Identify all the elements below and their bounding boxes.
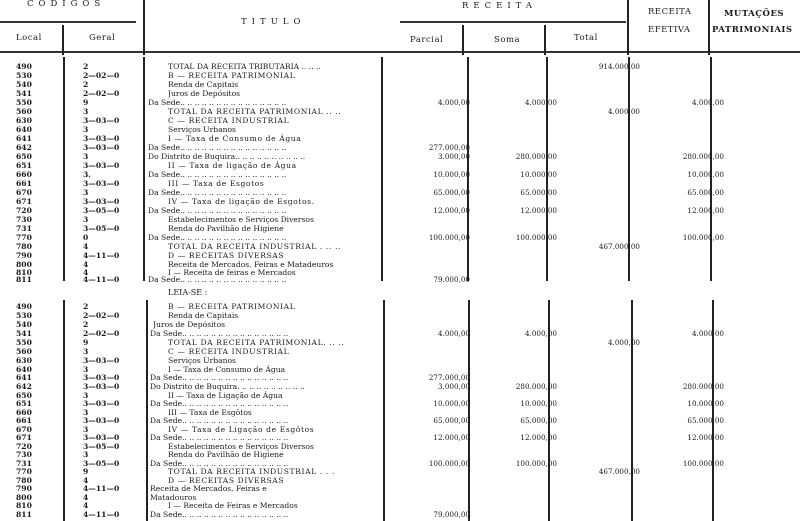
geral-code: 2—02—0 xyxy=(83,89,143,98)
titulo: Da Sede.. .. .. .. .. .. .. .. .. .. .. … xyxy=(150,373,390,382)
header-receita-efetiva-line1: RECEITA xyxy=(648,7,692,17)
soma-value: 65.000,00 xyxy=(480,188,557,197)
titulo: Da Sede.. .. .. .. .. .. .. .. .. .. .. … xyxy=(148,98,388,107)
total-value: 467.000,00 xyxy=(560,242,640,251)
geral-code: 3 xyxy=(83,347,143,356)
titulo: Renda de Capitais xyxy=(168,311,408,320)
titulo: B — RECEITA PATRIMONIAL xyxy=(168,302,408,311)
geral-code: 4—11—0 xyxy=(83,510,143,519)
titulo: Da Sede.. .. .. .. .. .. .. .. .. .. .. … xyxy=(150,510,390,519)
parcial-value: 3.000,00 xyxy=(400,382,470,391)
local-code: 810 xyxy=(16,501,56,510)
local-code: 642 xyxy=(16,382,56,391)
geral-code: 9 xyxy=(83,467,143,476)
local-code: 790 xyxy=(16,484,56,493)
total-value: 4.000,00 xyxy=(560,338,640,347)
divider xyxy=(400,21,626,23)
table-row: 671 3—03—0 Da Sede.. .. .. .. .. .. .. .… xyxy=(0,433,800,442)
total-value: 467.000,00 xyxy=(560,467,640,476)
geral-code: 3 xyxy=(83,188,143,197)
divider xyxy=(62,25,64,55)
table-row: 490 2 TOTAL DA RECEITA TRIBUTARIA .. .. … xyxy=(0,62,800,71)
geral-code: 3—03—0 xyxy=(83,382,143,391)
parcial-value: 79.000,00 xyxy=(400,510,470,519)
geral-code: 9 xyxy=(83,98,143,107)
local-code: 640 xyxy=(16,125,56,134)
geral-code: 2 xyxy=(83,80,143,89)
local-code: 550 xyxy=(16,98,56,107)
header-local: Local xyxy=(16,33,42,43)
titulo: Da Sede.. .. .. .. .. .. .. .. .. .. .. … xyxy=(148,188,388,197)
geral-code: 3 xyxy=(83,107,143,116)
local-code: 642 xyxy=(16,143,56,152)
table-row: 630 3—03—0 Serviços Urbanos xyxy=(0,356,800,365)
geral-code: 4—11—0 xyxy=(83,275,143,284)
parcial-value: 12.000,00 xyxy=(400,433,470,442)
parcial-value: 277.000,00 xyxy=(400,373,470,382)
titulo: Da Sede.. .. .. .. .. .. .. .. .. .. .. … xyxy=(148,233,388,242)
table-row: 640 3 Serviços Urbanos xyxy=(0,125,800,134)
local-code: 671 xyxy=(16,433,56,442)
table-row: 661 3—03—0 III — Taxa de Esgotos xyxy=(0,179,800,188)
titulo: Renda do Pavilhão de Higiene xyxy=(168,224,408,233)
titulo: Juros de Depósitos xyxy=(153,320,393,329)
local-code: 560 xyxy=(16,107,56,116)
titulo: D — RECEITAS DIVERSAS xyxy=(168,251,408,260)
local-code: 811 xyxy=(16,510,56,519)
local-code: 730 xyxy=(16,450,56,459)
geral-code: 3. xyxy=(83,170,143,179)
geral-code: 2 xyxy=(83,62,143,71)
header-soma: Soma xyxy=(494,35,520,45)
titulo: Da Sede.. .. .. .. .. .. .. .. .. .. .. … xyxy=(148,170,388,179)
local-code: 630 xyxy=(16,116,56,125)
geral-code: 3—03—0 xyxy=(83,356,143,365)
table-row: 630 3—03—0 C — RECEITA INDUSTRIAL xyxy=(0,116,800,125)
local-code: 540 xyxy=(16,80,56,89)
divider xyxy=(0,21,136,23)
table-row: 490 2 B — RECEITA PATRIMONIAL xyxy=(0,302,800,311)
table-row: 541 2—02—0 Da Sede.. .. .. .. .. .. .. .… xyxy=(0,329,800,338)
titulo: TOTAL DA RECEITA PATRIMONIAL .. .. xyxy=(168,107,408,116)
local-code: 530 xyxy=(16,311,56,320)
table-row: 641 3—03—0 Da Sede.. .. .. .. .. .. .. .… xyxy=(0,373,800,382)
soma-value: 280.000,00 xyxy=(480,382,557,391)
soma-value: 12.000,00 xyxy=(480,206,557,215)
local-code: 490 xyxy=(16,302,56,311)
geral-code: 3—03—0 xyxy=(83,161,143,170)
local-code: 670 xyxy=(16,188,56,197)
geral-code: 3 xyxy=(83,152,143,161)
divider xyxy=(544,25,546,55)
geral-code: 9 xyxy=(83,338,143,347)
titulo: Da Sede.. .. .. .. .. .. .. .. .. .. .. … xyxy=(148,206,388,215)
total-value: 4.000,00 xyxy=(560,107,640,116)
geral-code: 0 xyxy=(83,233,143,242)
local-code: 550 xyxy=(16,338,56,347)
titulo: Do Distrito de Buquira. .. .. .. .. .. .… xyxy=(150,382,390,391)
table-row: 550 9 TOTAL DA RECEITA PATRIMONIAL. .. .… xyxy=(0,338,800,347)
header-mutacoes-line2: PATRIMONIAIS xyxy=(712,25,793,35)
table-row: 641 3—03—0 I — Taxa de Consumo de Água xyxy=(0,134,800,143)
local-code: 540 xyxy=(16,320,56,329)
divider xyxy=(143,0,145,55)
titulo: II — Taxa de ligação de Água xyxy=(168,161,408,170)
table-row: 651 3—03—0 II — Taxa de ligação de Água xyxy=(0,161,800,170)
titulo: Receita de Mercados, Feiras e xyxy=(150,484,390,493)
table-row: 731 3—05—0 Renda do Pavilhão de Higiene xyxy=(0,224,800,233)
titulo: Da Sede.. .. .. .. .. .. .. .. .. .. .. … xyxy=(148,143,388,152)
parcial-value: 100.000,00 xyxy=(400,233,470,242)
table-row: 541 2—02—0 Juros de Depósitos xyxy=(0,89,800,98)
table-row: 650 3 Do Distrito de Buquira.. .. .. .. … xyxy=(0,152,800,161)
parcial-value: 277.000,00 xyxy=(400,143,470,152)
titulo: Da Sede.. .. .. .. .. .. .. .. .. .. .. … xyxy=(148,275,388,284)
local-code: 770 xyxy=(16,233,56,242)
local-code: 661 xyxy=(16,416,56,425)
titulo: Da Sede.. .. .. .. .. .. .. .. .. .. .. … xyxy=(150,399,390,408)
header-receita: RECEITA xyxy=(462,1,537,11)
table-row: 530 2—02—0 Renda de Capitais xyxy=(0,311,800,320)
parcial-value: 10.000,00 xyxy=(400,170,470,179)
geral-code: 4 xyxy=(83,242,143,251)
efetiva-value: 4.000,00 xyxy=(640,329,724,338)
geral-code: 3—03—0 xyxy=(83,197,143,206)
geral-code: 2 xyxy=(83,320,143,329)
local-code: 731 xyxy=(16,224,56,233)
table-row: 790 4—11—0 D — RECEITAS DIVERSAS xyxy=(0,251,800,260)
titulo: TOTAL DA RECEITA TRIBUTARIA .. .. .. xyxy=(168,62,408,71)
geral-code: 3 xyxy=(83,450,143,459)
local-code: 641 xyxy=(16,134,56,143)
geral-code: 3—03—0 xyxy=(83,134,143,143)
geral-code: 3—03—0 xyxy=(83,399,143,408)
titulo: TOTAL DA RECEITA INDUSTRIAL . .. .. xyxy=(168,242,408,251)
local-code: 770 xyxy=(16,467,56,476)
titulo: Renda de Capitais xyxy=(168,80,408,89)
header-parcial: Parcial xyxy=(410,35,443,45)
titulo: B — RECEITA PATRIMONIAL xyxy=(168,71,408,80)
parcial-value: 10.000,00 xyxy=(400,399,470,408)
local-code: 780 xyxy=(16,242,56,251)
geral-code: 2—02—0 xyxy=(83,329,143,338)
soma-value: 280.000,00 xyxy=(480,152,557,161)
efetiva-value: 10.000,00 xyxy=(640,399,724,408)
efetiva-value: 280.000,00 xyxy=(640,152,724,161)
table-row: 811 4—11—0 Da Sede.. .. .. .. .. .. .. .… xyxy=(0,510,800,519)
table-row: 790 4—11—0 Receita de Mercados, Feiras e xyxy=(0,484,800,493)
table-row: 560 3 C — RECEITA INDUSTRIAL xyxy=(0,347,800,356)
geral-code: 4—11—0 xyxy=(83,484,143,493)
titulo: Da Sede.. .. .. .. .. .. .. .. .. .. .. … xyxy=(150,416,390,425)
table-row: 642 3—03—0 Do Distrito de Buquira. .. ..… xyxy=(0,382,800,391)
titulo: Da Sede.. .. .. .. .. .. .. .. .. .. .. … xyxy=(150,433,390,442)
efetiva-value: 65.000,00 xyxy=(640,416,724,425)
local-code: 660 xyxy=(16,170,56,179)
geral-code: 3—05—0 xyxy=(83,206,143,215)
header-mutacoes-line1: MUTAÇÕES xyxy=(724,9,784,19)
titulo: TOTAL DA RECEITA INDUSTRIAL . . . xyxy=(168,467,408,476)
soma-value: 65.000,00 xyxy=(480,416,557,425)
total-value: 914.000,00 xyxy=(560,62,640,71)
local-code: 650 xyxy=(16,152,56,161)
local-code: 661 xyxy=(16,179,56,188)
leia-se-heading: LEIA-SE : xyxy=(168,288,207,297)
table-row: 642 3—03—0 Da Sede.. .. .. .. .. .. .. .… xyxy=(0,143,800,152)
local-code: 541 xyxy=(16,89,56,98)
soma-value: 10.000,00 xyxy=(480,399,557,408)
table-row: 540 2 Renda de Capitais xyxy=(0,80,800,89)
titulo: C — RECEITA INDUSTRIAL xyxy=(168,347,408,356)
titulo: I — Taxa de Consumo de Água xyxy=(168,134,408,143)
table-row: 550 9 Da Sede.. .. .. .. .. .. .. .. .. … xyxy=(0,98,800,107)
titulo: Do Distrito de Buquira.. .. .. .. .. .. … xyxy=(148,152,388,161)
table-row: 730 3 Estabelecimentos e Serviços Divers… xyxy=(0,215,800,224)
soma-value: 100.000,00 xyxy=(480,233,557,242)
divider xyxy=(462,25,464,55)
titulo: Estabelecimentos e Serviços Diversos xyxy=(168,215,408,224)
efetiva-value: 12.000,00 xyxy=(640,206,724,215)
table-row: 810 4 I — Receita de Feiras e Mercados xyxy=(0,501,800,510)
local-code: 811 xyxy=(16,275,56,284)
geral-code: 3—03—0 xyxy=(83,373,143,382)
table-row: 770 9 TOTAL DA RECEITA INDUSTRIAL . . . … xyxy=(0,467,800,476)
geral-code: 3—03—0 xyxy=(83,116,143,125)
geral-code: 3—03—0 xyxy=(83,433,143,442)
titulo: Serviços Urbanos xyxy=(168,125,408,134)
divider xyxy=(627,0,629,55)
geral-code: 3—03—0 xyxy=(83,143,143,152)
header-total: Total xyxy=(574,33,598,43)
table-row: 560 3 TOTAL DA RECEITA PATRIMONIAL .. ..… xyxy=(0,107,800,116)
table-row: 530 2—02—0 B — RECEITA PATRIMONIAL xyxy=(0,71,800,80)
geral-code: 4 xyxy=(83,501,143,510)
parcial-value: 4.000,00 xyxy=(400,329,470,338)
local-code: 641 xyxy=(16,373,56,382)
geral-code: 3 xyxy=(83,125,143,134)
local-code: 651 xyxy=(16,161,56,170)
parcial-value: 65.000,00 xyxy=(400,416,470,425)
local-code: 630 xyxy=(16,356,56,365)
soma-value: 4.000,00 xyxy=(480,329,557,338)
titulo: Juros de Depósitos xyxy=(168,89,408,98)
geral-code: 3—05—0 xyxy=(83,224,143,233)
table-row: 540 2 Juros de Depósitos xyxy=(0,320,800,329)
soma-value: 12.000,00 xyxy=(480,433,557,442)
table-row: 730 3 Renda do Pavilhão de Higiene xyxy=(0,450,800,459)
parcial-value: 3.000,00 xyxy=(400,152,470,161)
efetiva-value: 4.000,00 xyxy=(640,98,724,107)
local-code: 651 xyxy=(16,399,56,408)
divider xyxy=(708,0,710,55)
titulo: TOTAL DA RECEITA PATRIMONIAL. .. .. xyxy=(168,338,408,347)
titulo: I — Receita de Feiras e Mercados xyxy=(168,501,408,510)
titulo: IV — Taxa de ligação de Esgotos. xyxy=(168,197,408,206)
parcial-value: 65.000,00 xyxy=(400,188,470,197)
titulo: Da Sede.. .. .. .. .. .. .. .. .. .. .. … xyxy=(150,329,390,338)
efetiva-value: 65.000,00 xyxy=(640,188,724,197)
geral-code: 4—11—0 xyxy=(83,251,143,260)
local-code: 541 xyxy=(16,329,56,338)
titulo: Serviços Urbanos xyxy=(168,356,408,365)
table-row: 811 4—11—0 Da Sede.. .. .. .. .. .. .. .… xyxy=(0,275,800,284)
table-row: 670 3 Da Sede.. .. .. .. .. .. .. .. .. … xyxy=(0,188,800,197)
titulo: Renda do Pavilhão de Higiene xyxy=(168,450,408,459)
geral-code: 2 xyxy=(83,302,143,311)
soma-value: 4.000,00 xyxy=(480,98,557,107)
parcial-value: 79.000,00 xyxy=(400,275,470,284)
geral-code: 3—03—0 xyxy=(83,416,143,425)
efetiva-value: 12.000,00 xyxy=(640,433,724,442)
local-code: 720 xyxy=(16,206,56,215)
divider xyxy=(0,51,800,53)
parcial-value: 12.000,00 xyxy=(400,206,470,215)
table-row: 651 3—03—0 Da Sede.. .. .. .. .. .. .. .… xyxy=(0,399,800,408)
geral-code: 2—02—0 xyxy=(83,311,143,320)
header-receita-efetiva-line2: EFETIVA xyxy=(648,25,691,35)
local-code: 730 xyxy=(16,215,56,224)
header-codigos: CÓDIGOS xyxy=(27,0,105,9)
local-code: 490 xyxy=(16,62,56,71)
titulo: C — RECEITA INDUSTRIAL xyxy=(168,116,408,125)
local-code: 560 xyxy=(16,347,56,356)
geral-code: 3—03—0 xyxy=(83,179,143,188)
table-row: 780 4 TOTAL DA RECEITA INDUSTRIAL . .. .… xyxy=(0,242,800,251)
titulo: III — Taxa de Esgotos xyxy=(168,179,408,188)
geral-code: 3 xyxy=(83,215,143,224)
local-code: 790 xyxy=(16,251,56,260)
parcial-value: 4.000,00 xyxy=(400,98,470,107)
table-row: 671 3—03—0 IV — Taxa de ligação de Esgot… xyxy=(0,197,800,206)
efetiva-value: 100.000,00 xyxy=(640,233,724,242)
table-row: 661 3—03—0 Da Sede.. .. .. .. .. .. .. .… xyxy=(0,416,800,425)
table-row: 770 0 Da Sede.. .. .. .. .. .. .. .. .. … xyxy=(0,233,800,242)
table-row: 720 3—05—0 Da Sede.. .. .. .. .. .. .. .… xyxy=(0,206,800,215)
soma-value: 10.000,00 xyxy=(480,170,557,179)
header-titulo: TITULO xyxy=(241,17,305,27)
local-code: 671 xyxy=(16,197,56,206)
header-geral: Geral xyxy=(89,33,115,43)
efetiva-value: 280.000,00 xyxy=(640,382,724,391)
geral-code: 2—02—0 xyxy=(83,71,143,80)
efetiva-value: 10.000,00 xyxy=(640,170,724,179)
local-code: 530 xyxy=(16,71,56,80)
table-row: 660 3. Da Sede.. .. .. .. .. .. .. .. ..… xyxy=(0,170,800,179)
